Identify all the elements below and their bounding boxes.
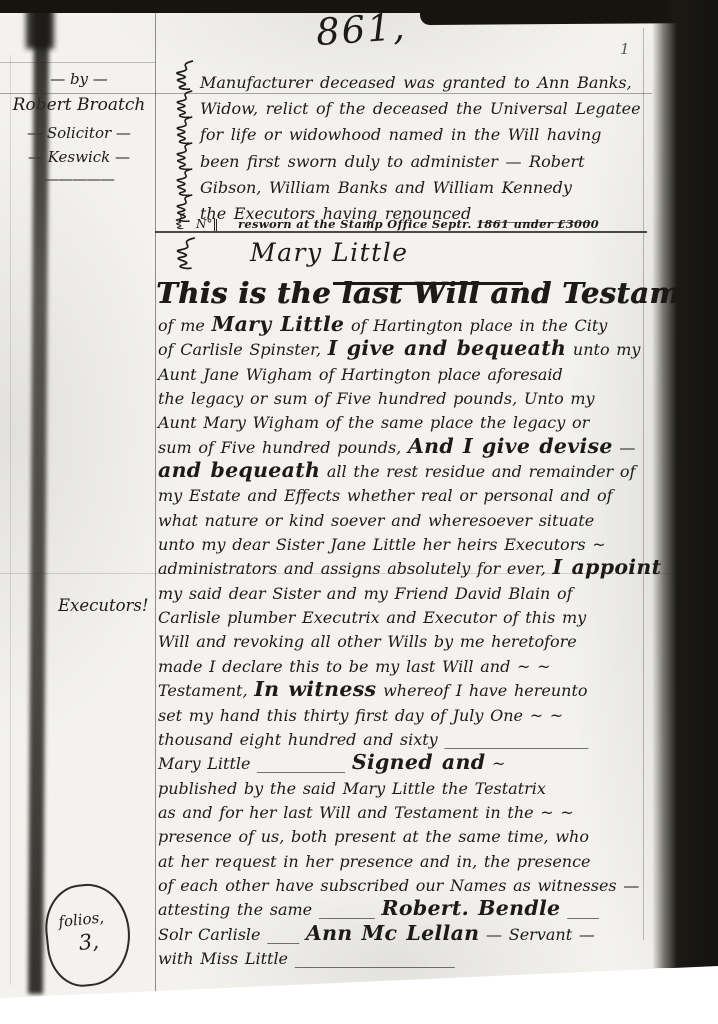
margin-note-executors: Executors! xyxy=(58,596,149,615)
line-flourish-icon xyxy=(169,213,189,229)
stamp-reference-mark: N°‖ xyxy=(196,217,219,231)
grant-line: been first sworn duly to administer — Ro… xyxy=(200,149,652,175)
grant-line: Widow, relict of the deceased the Univer… xyxy=(200,96,652,122)
will-line: set my hand this thirty first day of Jul… xyxy=(158,702,658,726)
will-line: and bequeath all the rest residue and re… xyxy=(158,458,658,482)
line-flourish-icon xyxy=(169,236,197,270)
will-line: sum of Five hundred pounds, And I give d… xyxy=(158,434,658,458)
margin-rule xyxy=(10,55,11,985)
scanned-will-document: 861, 1 — by — Robert Broatch — Solicitor… xyxy=(0,0,718,1024)
will-line: thousand eight hundred and sixty _______… xyxy=(158,726,658,750)
will-line: Mary Little ___________ Signed and ~ xyxy=(158,750,658,774)
grant-line: Manufacturer deceased was granted to Ann… xyxy=(200,70,652,96)
column-rule xyxy=(155,10,156,992)
corner-pencil-mark: 1 xyxy=(620,40,630,58)
grant-annotation: Manufacturer deceased was granted to Ann… xyxy=(200,70,652,227)
margin-note-rule: ————— xyxy=(4,170,154,188)
scan-edge-right xyxy=(652,0,718,968)
stamp-office-note: resworn at the Stamp Office Septr. 1861 … xyxy=(238,217,599,231)
margin-note-solicitor-name: Robert Broatch xyxy=(4,95,154,115)
will-line: Aunt Jane Wigham of Hartington place afo… xyxy=(158,361,658,385)
will-line: my Estate and Effects whether real or pe… xyxy=(158,482,658,506)
will-line: made I declare this to be my last Will a… xyxy=(158,653,658,677)
will-line: Aunt Mary Wigham of the same place the l… xyxy=(158,409,658,433)
will-line: the legacy or sum of Five hundred pounds… xyxy=(158,385,658,409)
will-title: This is the last Will and Testament xyxy=(156,276,718,310)
grant-line: for life or widowhood named in the Will … xyxy=(200,122,652,148)
will-line: at her request in her presence and in, t… xyxy=(158,848,658,872)
will-line: presence of us, both present at the same… xyxy=(158,823,658,847)
folios-label: folios, xyxy=(58,908,105,931)
will-line: unto my dear Sister Jane Little her heir… xyxy=(158,531,658,555)
will-line: Carlisle plumber Executrix and Executor … xyxy=(158,604,658,628)
ledger-line xyxy=(0,62,155,63)
will-line: of each other have subscribed our Names … xyxy=(158,872,658,896)
will-line: administrators and assigns absolutely fo… xyxy=(158,555,658,579)
margin-note-by: — by — xyxy=(4,70,154,88)
will-line: Will and revoking all other Wills by me … xyxy=(158,628,658,652)
line-flourish-icon xyxy=(169,60,195,90)
will-line: my said dear Sister and my Friend David … xyxy=(158,580,658,604)
will-line: of me Mary Little of Hartington place in… xyxy=(158,312,658,336)
will-line: Testament, In witness whereof I have her… xyxy=(158,677,658,701)
testatrix-name-heading: Mary Little xyxy=(250,238,409,267)
line-flourish-icon xyxy=(169,116,195,144)
will-line: as and for her last Will and Testament i… xyxy=(158,799,658,823)
will-line: published by the said Mary Little the Te… xyxy=(158,775,658,799)
will-line: of Carlisle Spinster, I give and bequeat… xyxy=(158,336,658,360)
grant-line: Gibson, William Banks and William Kenned… xyxy=(200,175,652,201)
line-flourish-icon xyxy=(169,142,195,170)
will-line: with Miss Little ____________________ xyxy=(158,945,658,969)
will-line: Solr Carlisle ____ Ann Mc Lellan — Serva… xyxy=(158,921,658,945)
line-flourish-icon xyxy=(169,168,195,196)
will-line: attesting the same _______ Robert. Bendl… xyxy=(158,896,658,920)
will-body: of me Mary Little of Hartington place in… xyxy=(158,312,658,969)
stamp-underline xyxy=(155,231,647,233)
will-line: what nature or kind soever and wheresoev… xyxy=(158,507,658,531)
line-flourish-icon xyxy=(169,90,195,118)
folios-number: 3, xyxy=(78,929,100,955)
margin-note-keswick: — Keswick — xyxy=(4,148,154,166)
margin-note-solicitor: — Solicitor — xyxy=(4,124,154,142)
